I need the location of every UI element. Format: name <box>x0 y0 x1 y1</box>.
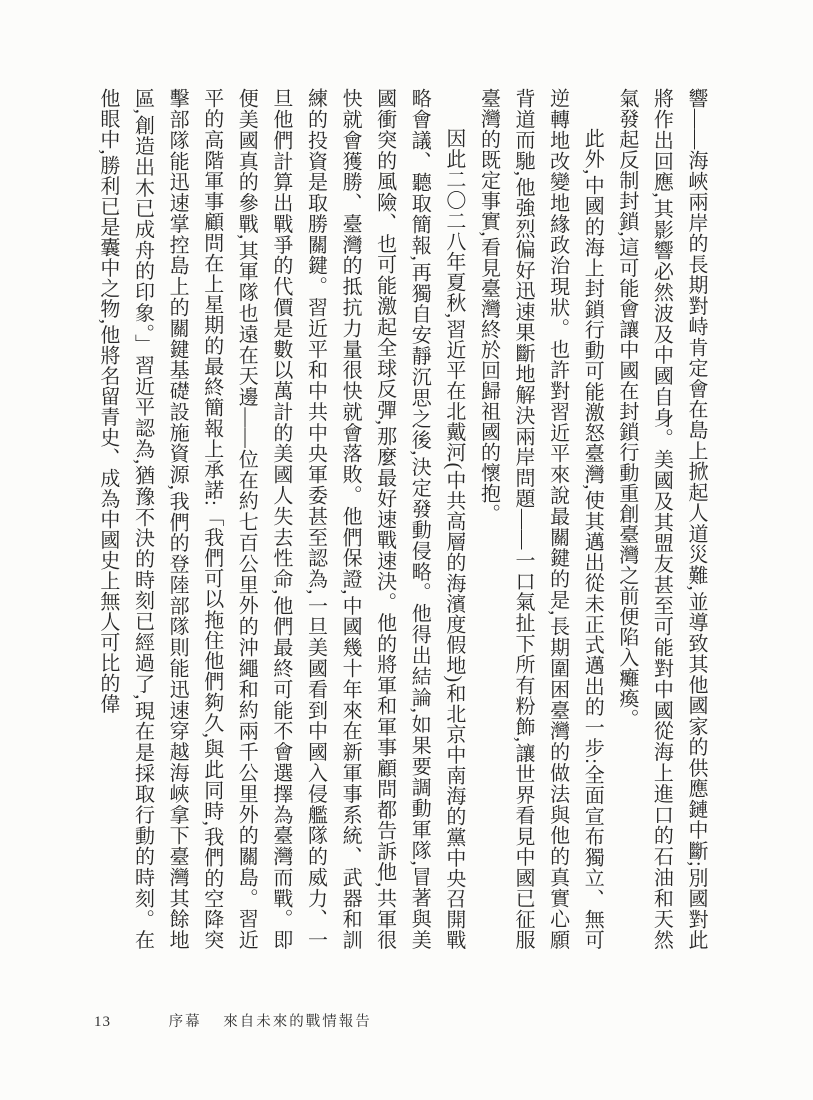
page-number: 13 <box>94 1014 111 1031</box>
body-paragraph-1: 響——海峽兩岸的長期對峙肯定會在島上掀起人道災難,並導致其他國家的供應鏈中斷;別… <box>609 88 713 950</box>
vertical-text-block: 響——海峽兩岸的長期對峙肯定會在島上掀起人道災難,並導致其他國家的供應鏈中斷;別… <box>90 88 713 950</box>
page-footer: 13 序幕 來自未來的戰情報告 <box>94 1010 714 1031</box>
book-page: 響——海峽兩岸的長期對峙肯定會在島上掀起人道災難,並導致其他國家的供應鏈中斷;別… <box>0 0 813 1100</box>
chapter-label: 序幕 <box>169 1010 202 1031</box>
body-paragraph-2: 此外,中國的海上封鎖行動可能激怒臺灣,使其邁出從未正式邁出的一步:全面宣布獨立、… <box>471 88 609 950</box>
body-paragraph-3: 因此二〇二八年夏秋,習近平在北戴河(中共高層的海濱度假地)和北京中南海的黨中央召… <box>90 88 471 950</box>
running-title: 來自未來的戰情報告 <box>223 1010 372 1031</box>
